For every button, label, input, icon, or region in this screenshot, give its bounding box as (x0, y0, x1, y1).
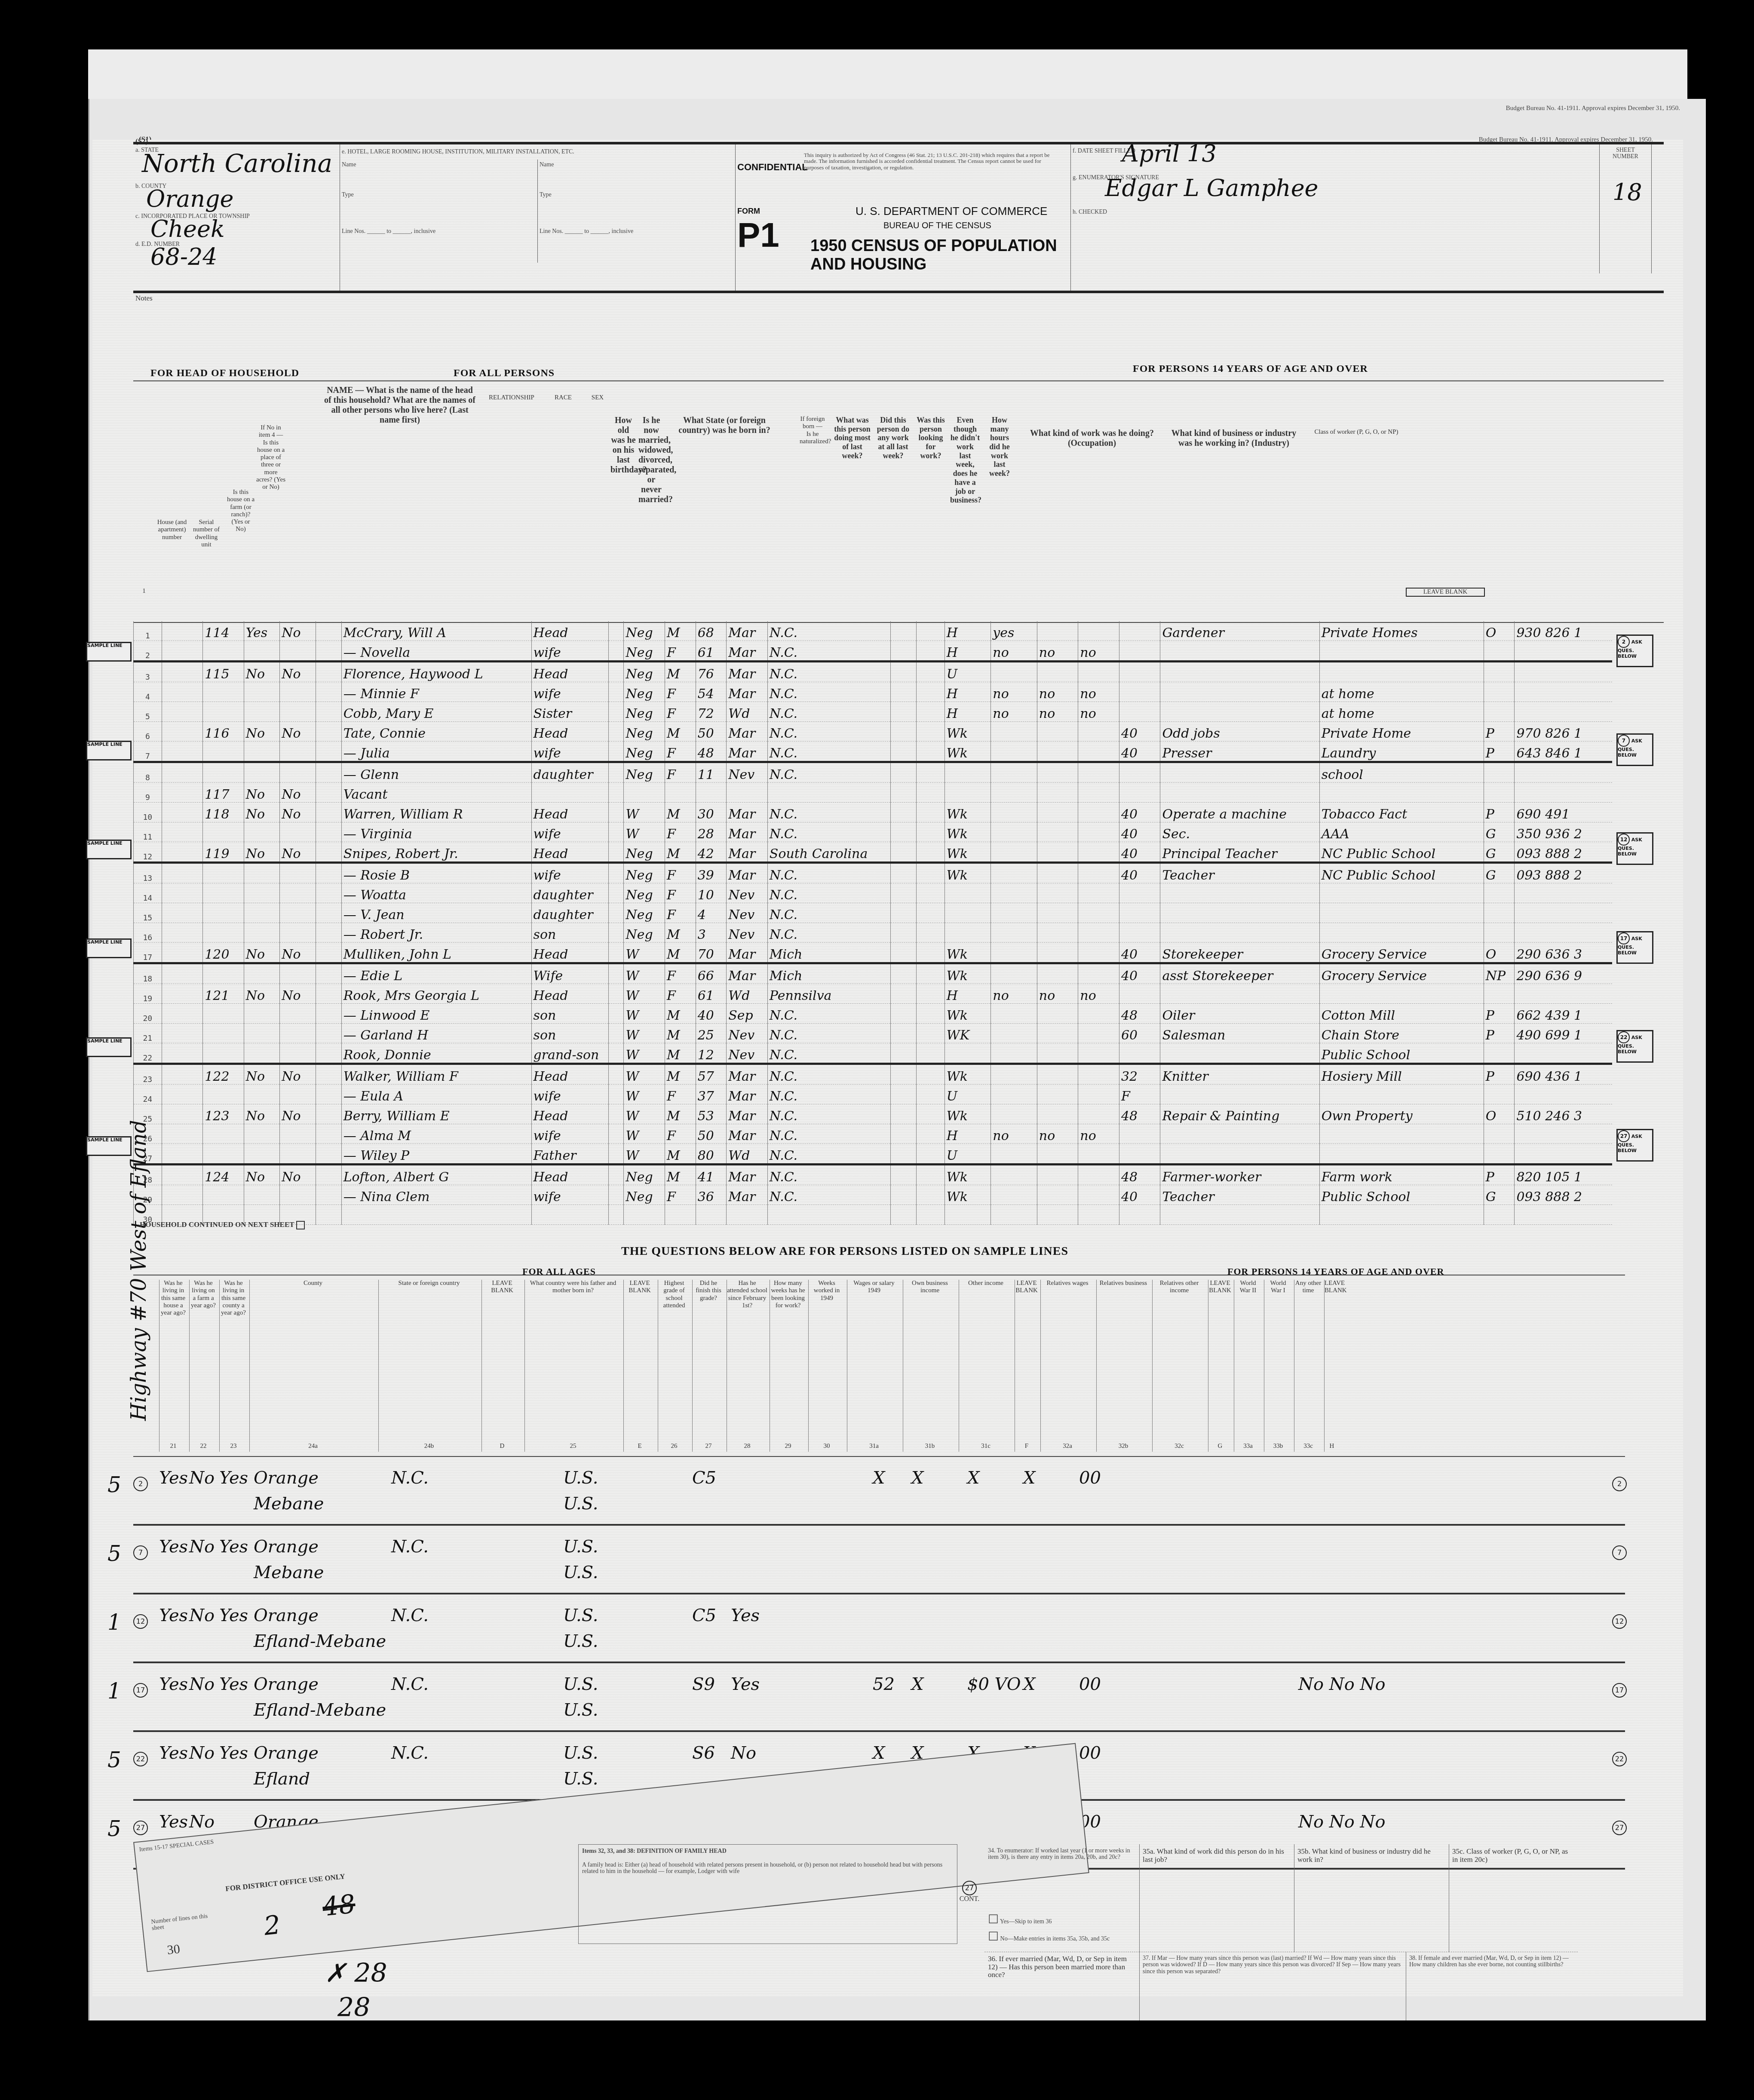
sample-col-26: Highest grade of school attended26 (658, 1280, 690, 1452)
cell-race: Neg (624, 641, 665, 662)
cell-c17 (1037, 1165, 1078, 1185)
blank-cell (891, 984, 917, 1004)
cell-house (162, 702, 203, 722)
sample-col-32a: Relatives wages32a (1040, 1280, 1094, 1452)
cell-occ (1160, 1124, 1319, 1144)
blank-cell (316, 1124, 341, 1144)
cell-sex: F (665, 1185, 696, 1205)
sample-finished: Yes (731, 1674, 760, 1694)
cell-sex: F (665, 641, 696, 662)
sample-col-21: Was he living in this same house a year … (159, 1280, 187, 1452)
cell-line: 22 (134, 1043, 162, 1064)
column-headers: 1 House (and apartment) number Serial nu… (133, 380, 1664, 623)
blank-cell (316, 1064, 341, 1085)
sample-row: 11212YesNoYesOrangeEfland-MebaneN.C.U.S.… (133, 1593, 1625, 1663)
cell-name: — Alma M (341, 1124, 531, 1144)
cell-code (1515, 1205, 1612, 1225)
cell-name: — Rosie B (341, 863, 531, 883)
table-row: 20— Linwood EsonWM40SepN.C.Wk48OilerCott… (134, 1004, 1613, 1024)
col-20c-label: Class of worker (P, G, O, or NP) (1307, 429, 1406, 436)
cell-age: 25 (696, 1024, 727, 1043)
cell-name: Rook, Donnie (341, 1043, 531, 1064)
cell-sex: F (665, 1085, 696, 1104)
cell-ind: Tobacco Fact (1319, 803, 1484, 822)
blank-cell (917, 621, 945, 641)
cell-mar: Mar (727, 662, 768, 682)
sample-finished: No (731, 1743, 756, 1763)
blank-cell (316, 682, 341, 702)
household-continued-label: HOUSEHOLD CONTINUED ON NEXT SHEET (140, 1221, 305, 1229)
cell-born: N.C. (767, 1043, 891, 1064)
special-cases-label: Items 15-17 SPECIAL CASES (139, 1839, 214, 1853)
sample-line-circle: 27 (1612, 1821, 1627, 1835)
sample-line-tag: SAMPLE LINE (86, 840, 132, 859)
blank-cell (917, 963, 945, 984)
sample-c22: No (189, 1537, 215, 1557)
sample-father: U.S. (563, 1537, 598, 1557)
cell-c15: Wk (944, 943, 990, 963)
cell-c19 (1119, 1144, 1160, 1165)
sample-county: Orange (254, 1606, 319, 1625)
cell-ind (1319, 641, 1484, 662)
cell-occ (1160, 883, 1319, 903)
cell-rel: wife (531, 822, 608, 842)
cell-occ (1160, 662, 1319, 682)
blank-cell (608, 803, 624, 822)
blank-cell (316, 662, 341, 682)
cell-mar: Mar (727, 822, 768, 842)
blank-cell (608, 984, 624, 1004)
cell-occ: Odd jobs (1160, 722, 1319, 742)
cell-acres (280, 1024, 316, 1043)
cell-born: N.C. (767, 742, 891, 762)
cell-c19 (1119, 1205, 1160, 1225)
blank-cell (917, 1004, 945, 1024)
sample-col-label: Relatives wages (1041, 1280, 1094, 1287)
cell-code: 930 826 1 (1515, 621, 1612, 641)
sample-c31b: $0 VO (967, 1674, 1021, 1694)
cell-rel: Head (531, 943, 608, 963)
cell-c17: no (1037, 641, 1078, 662)
cell-c17 (1037, 842, 1078, 863)
cell-race: W (624, 1144, 665, 1165)
cell-cls (1484, 923, 1515, 943)
cell-code (1515, 984, 1612, 1004)
cell-c15: U (944, 662, 990, 682)
cell-line: 17 (134, 943, 162, 963)
cell-acres: No (280, 1104, 316, 1124)
cell-race: Neg (624, 863, 665, 883)
cell-farm: No (244, 1165, 280, 1185)
cell-rel: Sister (531, 702, 608, 722)
blank-cell (608, 742, 624, 762)
cell-sex: F (665, 702, 696, 722)
sample-place: Mebane (254, 1563, 324, 1582)
state-value: North Carolina (142, 149, 332, 178)
blank-cell (316, 1104, 341, 1124)
location-block: a. STATE North Carolina b. COUNTY Orange… (133, 144, 340, 291)
cell-c19: 32 (1119, 1064, 1160, 1085)
cell-born: N.C. (767, 662, 891, 682)
cell-farm (244, 702, 280, 722)
table-row: 4— Minnie FwifeNegF54MarN.C.Hnononoat ho… (134, 682, 1613, 702)
number-of-lines-label: Number of lines on this sheet (151, 1913, 212, 1932)
cell-mar: Nev (727, 1043, 768, 1064)
cell-occ: Oiler (1160, 1004, 1319, 1024)
sample-col-num: G (1208, 1443, 1232, 1450)
cell-cls: G (1484, 863, 1515, 883)
cell-c19: 48 (1119, 1165, 1160, 1185)
sample-county: Orange (254, 1674, 319, 1694)
sample-war: No No No (1298, 1812, 1386, 1832)
cell-sex: M (665, 842, 696, 863)
cell-ind (1319, 1205, 1484, 1225)
cell-sex: M (665, 923, 696, 943)
cell-house (162, 1004, 203, 1024)
sample-col-label: LEAVE BLANK (624, 1280, 656, 1295)
cell-cls (1484, 903, 1515, 923)
cell-code: 643 846 1 (1515, 742, 1612, 762)
cell-mar: Mar (727, 621, 768, 641)
cell-farm (244, 1043, 280, 1064)
blank-cell (608, 1085, 624, 1104)
cell-code (1515, 702, 1612, 722)
cell-born: N.C. (767, 1144, 891, 1165)
table-row: 10118NoNoWarren, William RHeadWM30MarN.C… (134, 803, 1613, 822)
sample-col-28: Has he attended school since February 1s… (727, 1280, 767, 1452)
sample-line-circle: 2 (1612, 1477, 1627, 1491)
sample-col-29: How many weeks has he been looking for w… (770, 1280, 806, 1452)
cell-farm (244, 682, 280, 702)
cell-race: Neg (624, 742, 665, 762)
cell-serial (203, 923, 244, 943)
cell-serial: 116 (203, 722, 244, 742)
cell-cls: P (1484, 1165, 1515, 1185)
cell-c18 (1078, 783, 1119, 803)
sample-row: 11717YesNoYesOrangeEfland-MebaneN.C.U.S.… (133, 1662, 1625, 1732)
cell-c16 (991, 662, 1037, 682)
cell-c17 (1037, 883, 1078, 903)
cell-house (162, 1144, 203, 1165)
col-16-label: Did this person do any work at all last … (875, 416, 911, 460)
cell-ind: Cotton Mill (1319, 1004, 1484, 1024)
cell-c18: no (1078, 984, 1119, 1004)
census-sheet: Budget Bureau No. 41-1911. Approval expi… (92, 140, 1683, 1997)
cell-acres (280, 1144, 316, 1165)
cell-acres (280, 863, 316, 883)
cell-name: Snipes, Robert Jr. (341, 842, 531, 863)
cell-c19: 40 (1119, 803, 1160, 822)
blank-cell (316, 863, 341, 883)
county-value: Orange (146, 185, 234, 212)
cell-c16: yes (991, 621, 1037, 641)
cell-c19 (1119, 682, 1160, 702)
cell-line: 18 (134, 963, 162, 984)
sample-c23: Yes (219, 1537, 248, 1557)
cell-race: W (624, 1104, 665, 1124)
table-row: 18— Edie LWifeWF66MarMichWk40asst Storek… (134, 963, 1613, 984)
cell-age: 72 (696, 702, 727, 722)
cell-farm (244, 1085, 280, 1104)
cell-c18 (1078, 1024, 1119, 1043)
cell-rel: wife (531, 1124, 608, 1144)
cell-code (1515, 1144, 1612, 1165)
cell-ind (1319, 1124, 1484, 1144)
cell-occ: Knitter (1160, 1064, 1319, 1085)
cell-occ: Teacher (1160, 863, 1319, 883)
cell-name: — Glenn (341, 762, 531, 783)
cell-c16 (991, 722, 1037, 742)
sample-mother: U.S. (563, 1769, 598, 1789)
blank-cell (917, 722, 945, 742)
cell-occ (1160, 984, 1319, 1004)
cell-rel: Head (531, 1104, 608, 1124)
cell-farm (244, 1024, 280, 1043)
cell-c17 (1037, 762, 1078, 783)
ask-questions-below-tag: 12 ASK QUES. BELOW (1616, 832, 1653, 865)
sample-col-num: F (1015, 1443, 1038, 1450)
cell-rel: son (531, 923, 608, 943)
cell-born: Mich (767, 963, 891, 984)
blank-cell (316, 1085, 341, 1104)
table-row: 26— Alma MwifeWF50MarN.C.Hnonono (134, 1124, 1613, 1144)
cell-c18 (1078, 742, 1119, 762)
cell-c16 (991, 1004, 1037, 1024)
cell-born (767, 783, 891, 803)
cell-mar: Mar (727, 943, 768, 963)
cell-code: 970 826 1 (1515, 722, 1612, 742)
ask-questions-below-tag: 22 ASK QUES. BELOW (1616, 1030, 1653, 1063)
cell-c19: 40 (1119, 963, 1160, 984)
cell-occ: Teacher (1160, 1185, 1319, 1205)
sample-state: N.C. (391, 1468, 429, 1488)
sample-col-label: Relatives other income (1153, 1280, 1206, 1295)
q37-text: 37. If Mar — How many years since this p… (1143, 1955, 1401, 1975)
cell-farm: No (244, 984, 280, 1004)
cell-c16 (991, 1185, 1037, 1205)
cell-c19: 40 (1119, 742, 1160, 762)
notes-label: Notes (135, 294, 153, 303)
sample-col-label: County (250, 1280, 376, 1287)
cell-born: N.C. (767, 1104, 891, 1124)
cell-name: Mulliken, John L (341, 943, 531, 963)
cell-born: N.C. (767, 863, 891, 883)
cell-farm: No (244, 783, 280, 803)
blank-cell (608, 702, 624, 722)
cell-mar: Mar (727, 803, 768, 822)
cell-c18 (1078, 1064, 1119, 1085)
checked-label: h. CHECKED (1073, 209, 1107, 215)
cell-c18 (1078, 1085, 1119, 1104)
cell-name: — Woatta (341, 883, 531, 903)
line-nos-label-2: Line Nos. ______ to ______, inclusive (540, 228, 633, 235)
cell-c17 (1037, 1205, 1078, 1225)
blank-cell (608, 1205, 624, 1225)
cell-cls (1484, 1144, 1515, 1165)
q35a-text: 35a. What kind of work did this person d… (1143, 1848, 1289, 1864)
blank-cell (891, 1185, 917, 1205)
sample-col-25: What country were his father and mother … (524, 1280, 621, 1452)
blank-cell (316, 1185, 341, 1205)
blank-cell (316, 1205, 341, 1225)
sample-col-num: 29 (770, 1443, 806, 1450)
table-row: 6116NoNoTate, ConnieHeadNegM50MarN.C.Wk4… (134, 722, 1613, 742)
cell-farm (244, 863, 280, 883)
cell-occ: Storekeeper (1160, 943, 1319, 963)
cell-name: — Garland H (341, 1024, 531, 1043)
col-13-label: What State (or foreign country) was he b… (673, 416, 776, 435)
ask-questions-below-tag: 7 ASK QUES. BELOW (1616, 733, 1653, 766)
population-rows: 1114YesNoMcCrary, Will AHeadNegM68MarN.C… (134, 621, 1613, 1225)
cell-c18 (1078, 842, 1119, 863)
cell-code (1515, 682, 1612, 702)
q34-no[interactable]: ☐ No—Make entries in items 35a, 35b, and… (988, 1930, 1110, 1944)
cell-serial: 120 (203, 943, 244, 963)
cell-sex: M (665, 1104, 696, 1124)
table-row: 16— Robert Jr.sonNegM3NevN.C. (134, 923, 1613, 943)
blank-cell (891, 641, 917, 662)
table-row: 30 (134, 1205, 1613, 1225)
q35b-text: 35b. What kind of business or industry d… (1297, 1848, 1444, 1864)
cell-c16: no (991, 682, 1037, 702)
cell-name: — Minnie F (341, 682, 531, 702)
cell-age: 61 (696, 641, 727, 662)
title-block: CONFIDENTIAL This inquiry is authorized … (735, 144, 1071, 291)
cell-c15: Wk (944, 842, 990, 863)
cell-name: Rook, Mrs Georgia L (341, 984, 531, 1004)
cell-farm (244, 822, 280, 842)
sample-col-label: LEAVE BLANK (1208, 1280, 1232, 1295)
col-4-label: Is this house on a farm (or ranch)? (Yes… (226, 489, 256, 533)
blank-cell (316, 984, 341, 1004)
blank-cell (608, 621, 624, 641)
cell-race: Neg (624, 1165, 665, 1185)
dwelling-count: 2 (263, 1910, 282, 1941)
blank-cell (608, 903, 624, 923)
cell-cls (1484, 984, 1515, 1004)
sample-row-prefix: 5 (107, 1541, 121, 1566)
cell-c18 (1078, 762, 1119, 783)
cell-house (162, 682, 203, 702)
cell-serial (203, 1024, 244, 1043)
cell-age: 70 (696, 943, 727, 963)
blank-cell (891, 943, 917, 963)
cell-farm (244, 1124, 280, 1144)
cell-sex: M (665, 621, 696, 641)
cell-acres (280, 1185, 316, 1205)
sample-col-num: 27 (693, 1443, 724, 1450)
cell-serial (203, 762, 244, 783)
cell-ind: Private Homes (1319, 621, 1484, 641)
table-row: 24— Eula AwifeWF37MarN.C.UF (134, 1085, 1613, 1104)
cell-occ: asst Storekeeper (1160, 963, 1319, 984)
sample-col-num: 33a (1234, 1443, 1262, 1450)
cell-serial (203, 1144, 244, 1165)
cell-age: 36 (696, 1185, 727, 1205)
sample-county: Orange (254, 1537, 319, 1557)
cell-race: Neg (624, 883, 665, 903)
sample-col-num: 31c (959, 1443, 1012, 1450)
q34-yes[interactable]: ☐ Yes—Skip to item 36 (988, 1913, 1052, 1926)
cell-cls (1484, 1043, 1515, 1064)
sample-county: Orange (254, 1743, 319, 1763)
blank-cell (891, 1165, 917, 1185)
sample-father: U.S. (563, 1606, 598, 1625)
cell-name: — Nina Clem (341, 1185, 531, 1205)
cell-c19 (1119, 783, 1160, 803)
cell-cls: G (1484, 1185, 1515, 1205)
col-10-label: SEX (585, 394, 610, 402)
cell-ind (1319, 984, 1484, 1004)
blank-cell (316, 621, 341, 641)
cell-acres (280, 702, 316, 722)
blank-cell (891, 1004, 917, 1024)
cell-ind (1319, 783, 1484, 803)
cell-c16: no (991, 1124, 1037, 1144)
sample-col-num: 24b (379, 1443, 479, 1450)
blank-cell (316, 1043, 341, 1064)
cell-ind: school (1319, 762, 1484, 783)
cell-occ: Presser (1160, 742, 1319, 762)
sample-col-num: 31b (903, 1443, 957, 1450)
cell-occ (1160, 923, 1319, 943)
cell-cls (1484, 1205, 1515, 1225)
cell-c19: 40 (1119, 943, 1160, 963)
household-continued-checkbox[interactable] (296, 1221, 305, 1229)
cell-c15: Wk (944, 863, 990, 883)
blank-cell (917, 842, 945, 863)
sample-line-tag: SAMPLE LINE (86, 1037, 132, 1057)
blank-cell (891, 1024, 917, 1043)
cell-rel: Head (531, 662, 608, 682)
cell-ind: Grocery Service (1319, 943, 1484, 963)
table-row: 28124NoNoLofton, Albert GHeadNegM41MarN.… (134, 1165, 1613, 1185)
cell-house (162, 842, 203, 863)
table-row: 22Rook, Donniegrand-sonWM12NevN.C.Public… (134, 1043, 1613, 1064)
cell-ind: Own Property (1319, 1104, 1484, 1124)
family-head-title: Items 32, 33, and 38: DEFINITION OF FAMI… (582, 1848, 727, 1855)
cell-c15: H (944, 621, 990, 641)
cell-race: W (624, 1024, 665, 1043)
sample-row: 577YesNoYesOrangeMebaneN.C.U.S.U.S. (133, 1524, 1625, 1594)
blank-cell (891, 1043, 917, 1064)
sheet-number-label: SHEET NUMBER (1604, 147, 1647, 160)
cell-c17: no (1037, 1124, 1078, 1144)
cell-c16 (991, 842, 1037, 863)
cell-line: 19 (134, 984, 162, 1004)
cell-line: 16 (134, 923, 162, 943)
cell-farm (244, 883, 280, 903)
bureau-name: BUREAU OF THE CENSUS (883, 221, 991, 231)
table-row: 19121NoNoRook, Mrs Georgia LHeadWF61WdPe… (134, 984, 1613, 1004)
cell-serial (203, 702, 244, 722)
cell-c18: no (1078, 682, 1119, 702)
cell-serial: 123 (203, 1104, 244, 1124)
date-value: April 13 (1122, 140, 1217, 167)
blank-cell (608, 682, 624, 702)
cell-born: N.C. (767, 803, 891, 822)
cell-mar: Mar (727, 1104, 768, 1124)
sample-col-24a: County24a (249, 1280, 376, 1452)
cell-ind (1319, 1144, 1484, 1165)
col-20b-label: What kind of business or industry was he… (1165, 429, 1303, 448)
cell-farm (244, 742, 280, 762)
cell-c17: no (1037, 682, 1078, 702)
cell-ind: NC Public School (1319, 842, 1484, 863)
cell-born: N.C. (767, 1004, 891, 1024)
sample-c31a: X (911, 1468, 923, 1488)
table-row: 7— JuliawifeNegF48MarN.C.Wk40PresserLaun… (134, 742, 1613, 762)
